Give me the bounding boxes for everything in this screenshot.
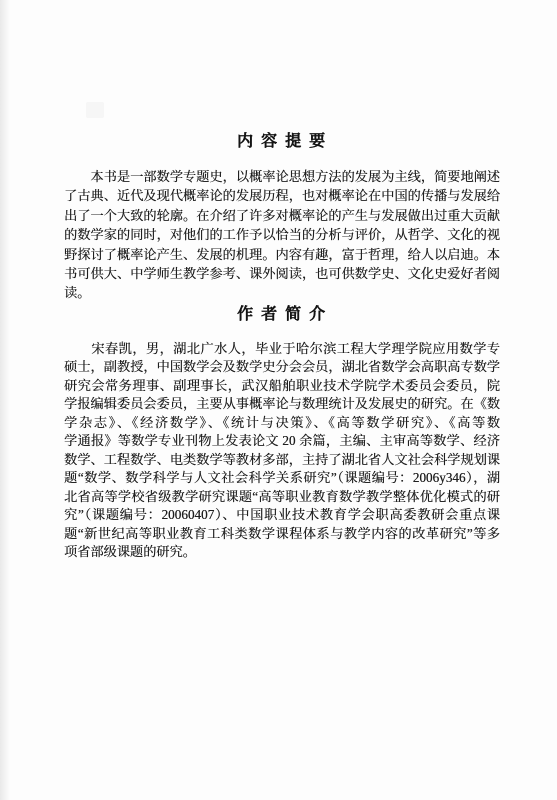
text-line: 研究会常务理事、副理事长，武汉船舶职业技术学院学术委员会委员，院 [64, 377, 500, 396]
text-line: 读。 [64, 283, 500, 302]
text-line: 书可供大、中学师生教学参考、课外阅读，也可供数学史、文化史爱好者阅 [64, 264, 500, 283]
page-edge-shadow [0, 0, 10, 800]
text-line: 究”（课题编号：20060407）、中国职业技术教育学会职高委教研会重点课 [64, 506, 500, 525]
text-line: 项省部级课题的研究。 [64, 543, 500, 562]
scan-smudge [86, 102, 104, 118]
text-line: 学通报》等数学专业刊物上发表论文 20 余篇，主编、主审高等数学、经济 [64, 432, 500, 451]
content-summary-title: 内 容 提 要 [64, 132, 500, 152]
text-line: 本书是一部数学专题史，以概率论思想方法的发展为主线，简要地阐述 [64, 167, 500, 186]
text-line: 了古典、近代及现代概率论的发展历程，也对概率论在中国的传播与发展给 [64, 186, 500, 205]
author-intro-title: 作 者 简 介 [64, 305, 500, 325]
text-line: 硕士，副教授，中国数学会及数学史分会会员，湖北省数学会高职高专数学 [64, 358, 500, 377]
text-line: 的数学家的同时，对他们的工作予以恰当的分析与评价，从哲学、文化的视 [64, 225, 500, 244]
author-intro-section: 作 者 简 介 宋春凯，男，湖北广水人，毕业于哈尔滨工程大学理学院应用数学专业，… [64, 305, 500, 562]
text-line: 出了一个大致的轮廓。在介绍了许多对概率论的产生与发展做出过重大贡献 [64, 206, 500, 225]
text-line: 题“数学、数学科学与人文社会科学关系研究”（课题编号：2006y346），湖 [64, 469, 500, 488]
text-line: 学报编辑委员会委员，主要从事概率论与数理统计及发展史的研究。在《数 [64, 395, 500, 414]
scanned-book-page: 内 容 提 要 本书是一部数学专题史，以概率论思想方法的发展为主线，简要地阐述了… [0, 0, 557, 800]
content-summary-section: 内 容 提 要 本书是一部数学专题史，以概率论思想方法的发展为主线，简要地阐述了… [64, 132, 500, 303]
text-line: 数学、工程数学、电类数学等教材多部，主持了湖北省人文社会科学规划课 [64, 451, 500, 470]
text-line: 题“新世纪高等职业教育工科类数学课程体系与教学内容的改革研究”等多 [64, 525, 500, 544]
content-summary-paragraph: 本书是一部数学专题史，以概率论思想方法的发展为主线，简要地阐述了古典、近代及现代… [64, 167, 500, 303]
text-line: 学杂志》、《经济数学》、《统计与决策》、《高等数学研究》、《高等数 [64, 414, 500, 433]
text-line: 野探讨了概率论产生、发展的机理。内容有趣，富于哲理，给人以启迪。本 [64, 245, 500, 264]
author-intro-paragraph: 宋春凯，男，湖北广水人，毕业于哈尔滨工程大学理学院应用数学专业，硕士，副教授，中… [64, 340, 500, 562]
text-line: 宋春凯，男，湖北广水人，毕业于哈尔滨工程大学理学院应用数学专业， [64, 340, 500, 359]
text-line: 北省高等学校省级教学研究课题“高等职业教育数学教学整体优化模式的研 [64, 488, 500, 507]
text-column: 内 容 提 要 本书是一部数学专题史，以概率论思想方法的发展为主线，简要地阐述了… [64, 132, 500, 562]
